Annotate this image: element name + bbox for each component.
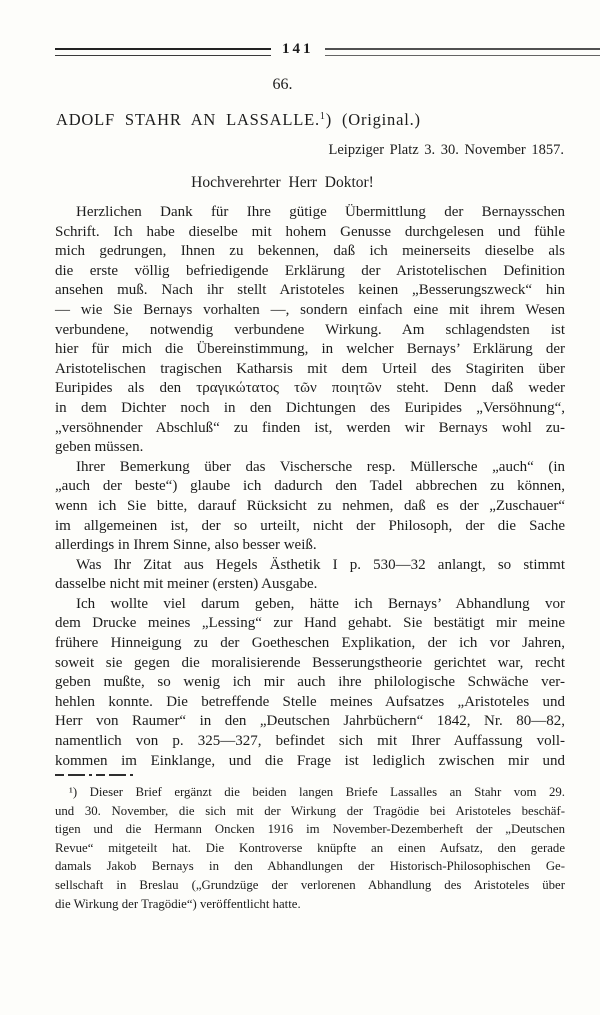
body-text-line: hier für mich die Übereinstimmung, in we… <box>55 340 565 360</box>
body-text-line: mich gedrungen, Ihnen zu bekennen, daß i… <box>55 242 565 262</box>
letter-heading: ADOLF STAHR AN LASSALLE.1) (Original.) <box>56 110 565 130</box>
header-rule-right <box>325 48 600 56</box>
body-text-line: allerdings in Ihrem Sinne, also besser w… <box>55 536 565 556</box>
body-text-line: Was Ihr Zitat aus Hegels Ästhetik I p. 5… <box>55 556 565 576</box>
body-text-line: namentlich von p. 325—327, befindet sich… <box>55 732 565 752</box>
body-text-line: hehlen konnte. Die betreffende Stelle me… <box>55 693 565 713</box>
header-rule-left <box>55 48 271 56</box>
body-text-line: Euripides als den τραγικώτατος τῶν ποιητ… <box>55 379 565 399</box>
body-text-line: Herzlichen Dank für Ihre gütige Übermitt… <box>55 203 565 223</box>
body-text-line: verbundene, notwendig verbundene Wirkung… <box>55 321 565 341</box>
body-text-line: geben mußte, so wenig ich mir auch ihre … <box>55 673 565 693</box>
body-text-line: Ihrer Bemerkung über das Vischersche res… <box>55 458 565 478</box>
body-text-line: geben müssen. <box>55 438 565 458</box>
footnote-line: Revue“ mitgeteilt hat. Die Kontroverse k… <box>55 839 565 858</box>
body-text-line: Aristotelischen tragischen Katharsis mit… <box>55 360 565 380</box>
footnote-block: ¹) Dieser Brief ergänzt die beiden lange… <box>55 783 565 913</box>
body-text-line: — wie Sie Bernays vorhalten —, sondern e… <box>55 301 565 321</box>
page-number: 141 <box>271 42 325 57</box>
body-text-line: dasselbe nicht mit meiner (ersten) Ausga… <box>55 575 565 595</box>
letter-heading-rest: ) (Original.) <box>326 110 421 129</box>
footnote-line: ¹) Dieser Brief ergänzt die beiden lange… <box>55 783 565 802</box>
footnote-line: die Wirkung der Tragödie“) veröffentlich… <box>55 895 565 914</box>
letter-salutation: Hochverehrter Herr Doktor! <box>0 174 565 192</box>
body-text-line: kommen im Einklange, und die Frage ist l… <box>55 752 565 772</box>
letter-body: Herzlichen Dank für Ihre gütige Übermitt… <box>55 203 565 771</box>
body-text-line: Ich wollte viel darum geben, hätte ich B… <box>55 595 565 615</box>
body-text-line: Schrift. Ich habe dieselbe mit hohem Gen… <box>55 223 565 243</box>
body-text-line: frühere Hinneigung zu der Goetheschen Ex… <box>55 634 565 654</box>
body-text-line: soweit sie gegen die moralisierende Bess… <box>55 654 565 674</box>
body-text-line: die erste völlig befriedigende Erklärung… <box>55 262 565 282</box>
body-text-line: wenn ich Sie bitte, darauf Rücksicht zu … <box>55 497 565 517</box>
footnote-line: tigen und die Hermann Oncken 1916 im Nov… <box>55 820 565 839</box>
body-text-line: „versöhnender Abschluß“ zu finden ist, w… <box>55 419 565 439</box>
footnote-line: damals Jakob Bernays in den Abhandlungen… <box>55 857 565 876</box>
body-text-line: im allgemeinen ist, der so urteilt, nich… <box>55 517 565 537</box>
letter-section-number: 66. <box>0 76 565 94</box>
letter-dateline: Leipziger Platz 3. 30. November 1857. <box>55 142 564 159</box>
page-header: 141 <box>55 44 600 59</box>
scanned-book-page: 141 66. ADOLF STAHR AN LASSALLE.1) (Orig… <box>0 0 600 1015</box>
footnote-line: sellschaft in Breslau („Grundzüge der ve… <box>55 876 565 895</box>
footnote-line: und 30. November, die sich mit der Wirku… <box>55 802 565 821</box>
body-text-line: ansehen muß. Nach ihr stellt Aristoteles… <box>55 281 565 301</box>
body-text-line: dem Drucke meines „Lessing“ zur Hand geh… <box>55 614 565 634</box>
body-text-line: in dem Dichter noch in den Dichtungen de… <box>55 399 565 419</box>
letter-heading-main: ADOLF STAHR AN LASSALLE. <box>56 110 320 129</box>
body-text-line: „auch der beste“) glaube ich dadurch den… <box>55 477 565 497</box>
body-text-line: Herr von Raumer“ in den „Deutschen Jahrb… <box>55 712 565 732</box>
footnote-separator-rule <box>55 774 137 776</box>
